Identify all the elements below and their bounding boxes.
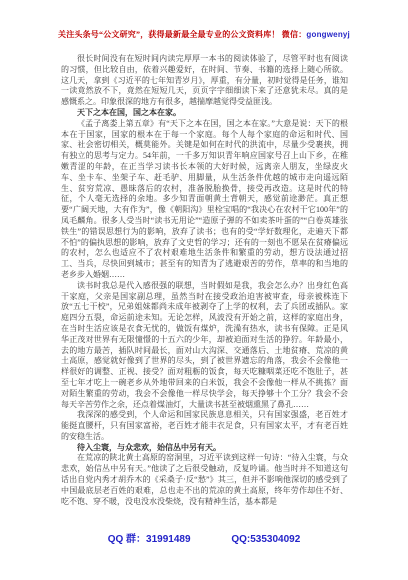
wechat-id: gongwenyj [306,30,350,39]
body-paragraph: 在荒凉的陕北黄土高原的窑洞里，习近平读到这样一句诗：“待入尘寰，与众悲欢，始信丛… [61,453,348,507]
qq-number: QQ:535304092 [231,534,300,545]
body-paragraph: 《孟子离娄上第五章》有“天下之本在国，国之本在家。”大意是说：天下的根本在于国家… [61,119,348,281]
body-paragraph: 读书时我总是代入感很强的联想，当时假如是我，我会怎么办？出身红色高干家庭，父亲是… [61,281,348,411]
section-heading: 天下之本在国，国之本在家。 [61,108,348,119]
section-heading: 待入尘寰，与众悲欢，始信丛中另有天。 [61,443,348,454]
promo-text: 关注头条号“公文研究”，获得最新最全最专业的公文资料库！ 微信： [58,30,306,39]
contact-footer: QQ 群：31991489 QQ:535304092 [0,530,408,545]
document-page: 关注头条号“公文研究”，获得最新最全最专业的公文资料库！ 微信：gongweny… [0,0,408,580]
promo-header: 关注头条号“公文研究”，获得最新最全最专业的公文资料库！ 微信：gongweny… [0,29,408,40]
qq-group-number: QQ 群：31991489 [108,534,191,545]
body-paragraph: 我深深的感受到，个人命运和国家民族息息相关，只有国家强盛，老百姓才能挺直腰杆，只… [61,410,348,442]
body-paragraph: 很长时间没有在短时间内读完厚厚一本书的阅读体验了，尽管平时也有阅读的习惯，但比较… [61,54,348,108]
document-body: 很长时间没有在短时间内读完厚厚一本书的阅读体验了，尽管平时也有阅读的习惯，但比较… [61,54,348,507]
